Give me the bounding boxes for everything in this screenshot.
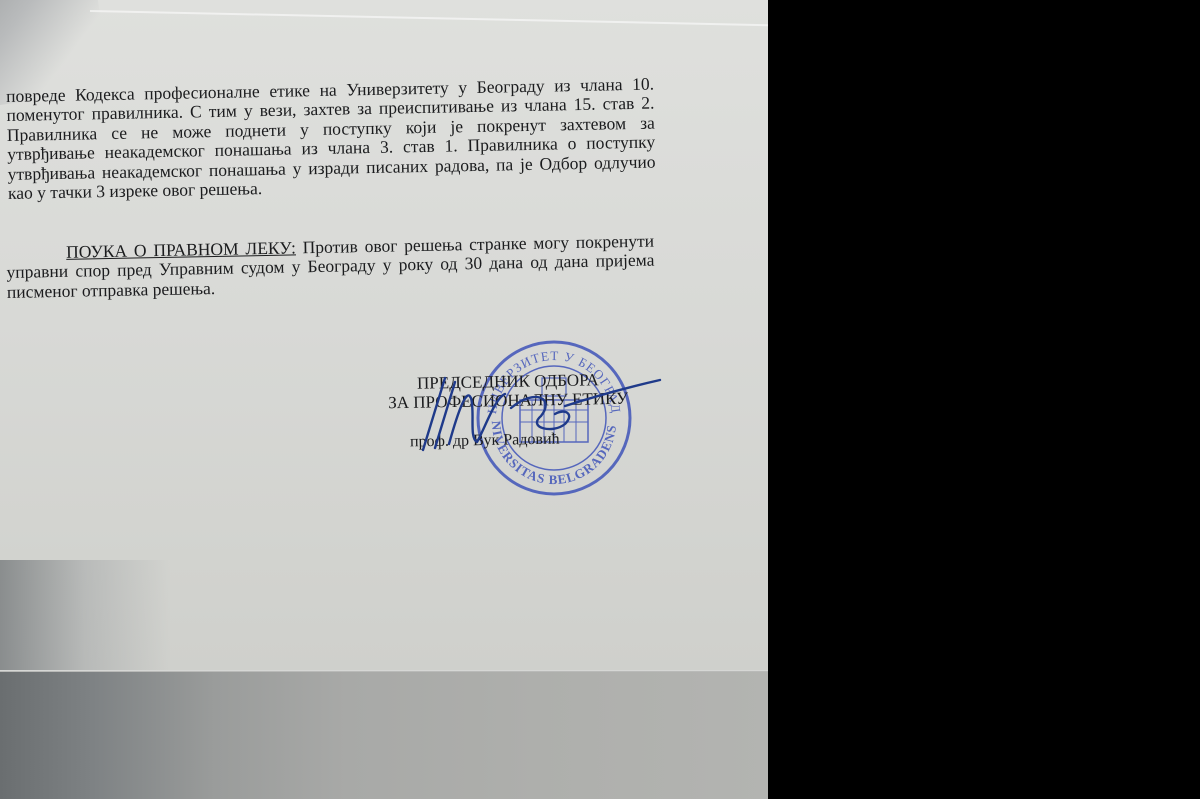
legal-remedy-paragraph: ПОУКА О ПРАВНОМ ЛЕКУ: Против овог решења… (6, 232, 655, 303)
document-photo: повреде Кодекса професионалне етике на У… (0, 0, 768, 799)
folded-paper-bottom (0, 672, 768, 799)
paper-crease (90, 10, 768, 27)
reasoning-paragraph: повреде Кодекса професионалне етике на У… (6, 75, 656, 204)
fold-shadow (0, 560, 170, 675)
handwritten-signature-icon (415, 368, 665, 458)
